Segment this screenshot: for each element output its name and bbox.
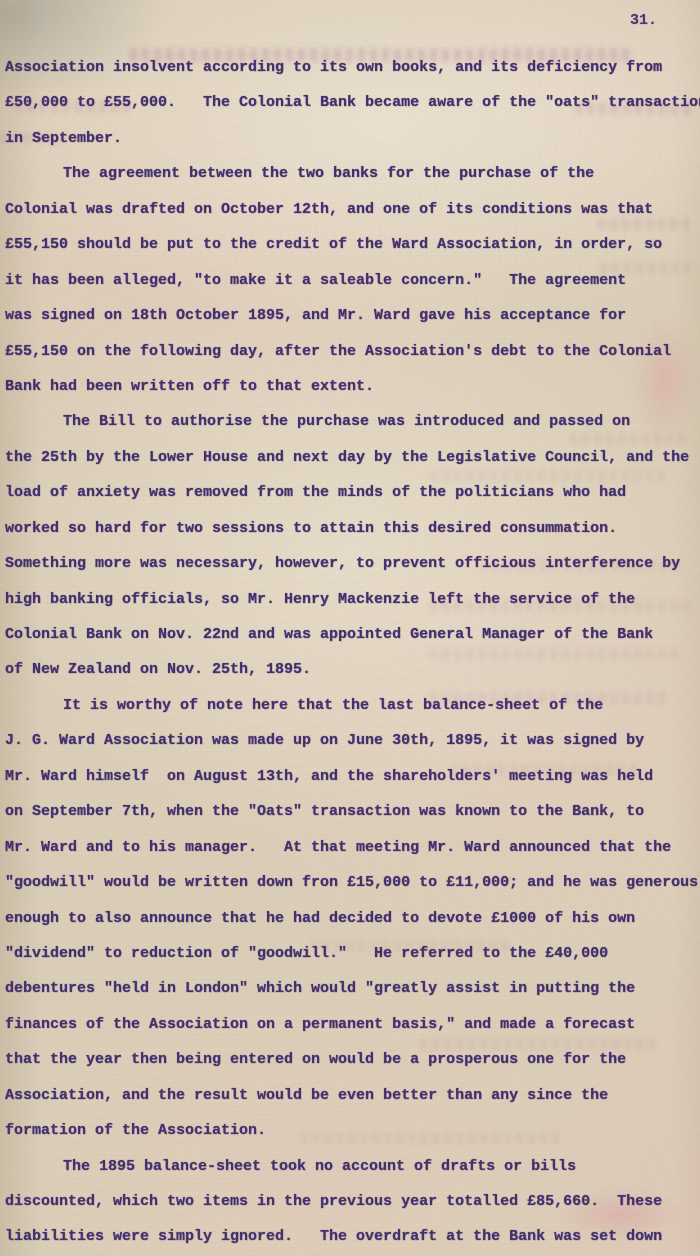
text-line: liabilities were simply ignored. The ove…	[0, 1219, 700, 1254]
text-line: high banking officials, so Mr. Henry Mac…	[0, 582, 700, 617]
text-line: Mr. Ward and to his manager. At that mee…	[0, 830, 700, 865]
text-line: Mr. Ward himself on August 13th, and the…	[0, 759, 700, 794]
text-line: £55,150 on the following day, after the …	[0, 334, 700, 369]
text-line: debentures "held in London" which would …	[0, 971, 700, 1006]
text-line: it has been alleged, "to make it a salea…	[0, 263, 700, 298]
text-line: The 1895 balance-sheet took no account o…	[0, 1149, 700, 1184]
text-line: that the year then being entered on woul…	[0, 1042, 700, 1077]
text-line: of New Zealand on Nov. 25th, 1895.	[0, 652, 700, 687]
text-line: The agreement between the two banks for …	[0, 156, 700, 191]
text-line: the 25th by the Lower House and next day…	[0, 440, 700, 475]
text-line: Something more was necessary, however, t…	[0, 546, 700, 581]
text-line: finances of the Association on a permane…	[0, 1007, 700, 1042]
document-page: 31. Association insolvent according to i…	[0, 0, 700, 1256]
text-line: Bank had been written off to that extent…	[0, 369, 700, 404]
text-line: load of anxiety was removed from the min…	[0, 475, 700, 510]
text-line: Association, and the result would be eve…	[0, 1078, 700, 1113]
text-line: Association insolvent according to its o…	[0, 50, 700, 85]
text-line: Colonial Bank on Nov. 22nd and was appoi…	[0, 617, 700, 652]
page-number: 31.	[630, 12, 657, 29]
text-line: in September.	[0, 121, 700, 156]
text-line: formation of the Association.	[0, 1113, 700, 1148]
text-line: Colonial was drafted on October 12th, an…	[0, 192, 700, 227]
text-line: The Bill to authorise the purchase was i…	[0, 404, 700, 439]
text-line: discounted, which two items in the previ…	[0, 1184, 700, 1219]
text-line: enough to also announce that he had deci…	[0, 901, 700, 936]
document-body: Association insolvent according to its o…	[0, 50, 700, 1255]
text-line: £50,000 to £55,000. The Colonial Bank be…	[0, 85, 700, 120]
text-line: "goodwill" would be written down fron £1…	[0, 865, 700, 900]
text-line: J. G. Ward Association was made up on Ju…	[0, 723, 700, 758]
text-line: on September 7th, when the "Oats" transa…	[0, 794, 700, 829]
text-line: was signed on 18th October 1895, and Mr.…	[0, 298, 700, 333]
text-line: £55,150 should be put to the credit of t…	[0, 227, 700, 262]
text-line: It is worthy of note here that the last …	[0, 688, 700, 723]
text-line: "dividend" to reduction of "goodwill." H…	[0, 936, 700, 971]
text-line: worked so hard for two sessions to attai…	[0, 511, 700, 546]
